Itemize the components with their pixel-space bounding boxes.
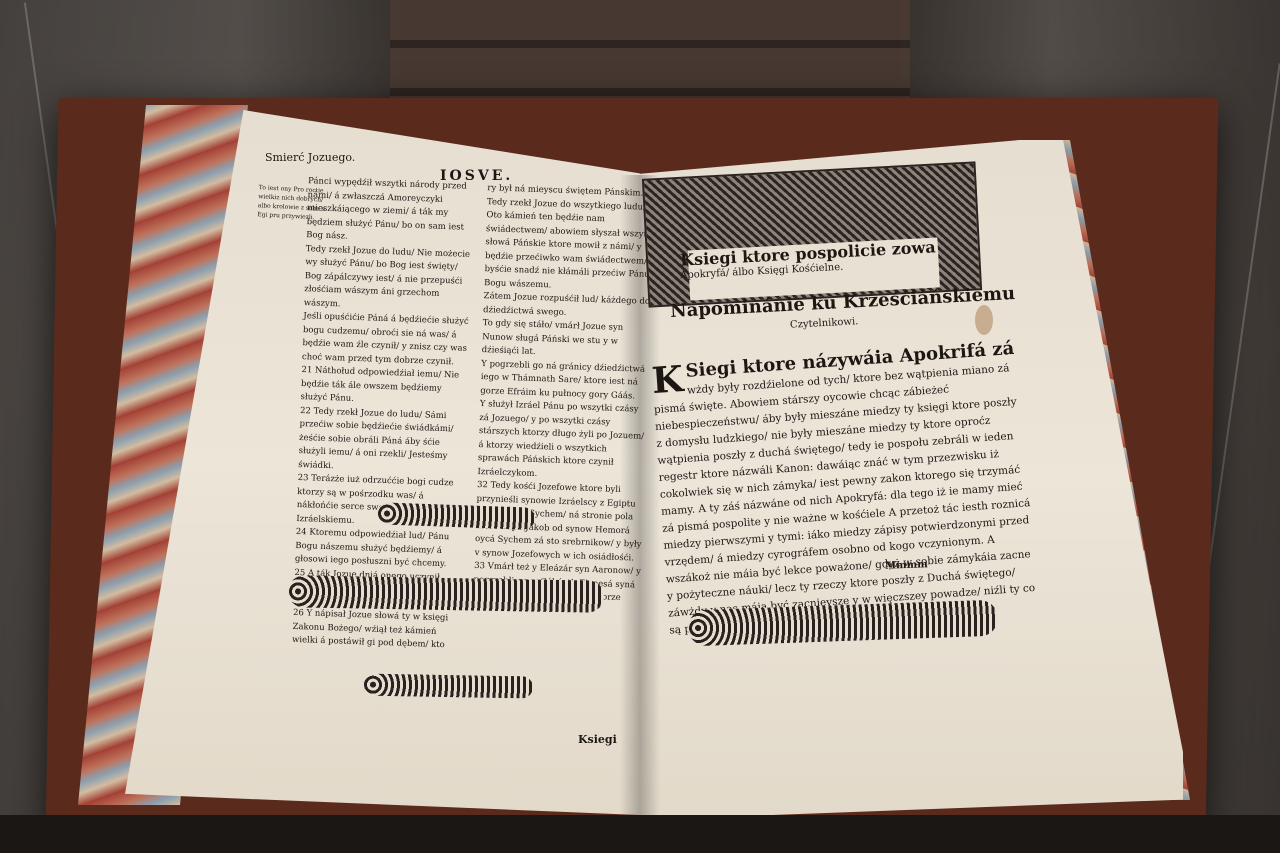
- text-column-b: ry był ná mieyscu świętem Pánskim. Tedy …: [473, 182, 658, 620]
- verse: 21 Náthołud odpowiedźiał iemu/ Nie będźi…: [300, 364, 471, 410]
- drop-cap: K: [651, 363, 684, 397]
- verse: 26 Y nápisał Jozue słowá ty w księgi Zak…: [292, 607, 463, 653]
- verse: 22 Tedy rzekł Jozue do ludu/ Sámi przeći…: [298, 405, 470, 478]
- verse: To gdy się stáło/ vmárł Jozue syn Nunow …: [481, 317, 652, 363]
- display-base: [0, 815, 1280, 853]
- ornament-icon: [363, 674, 533, 699]
- verse: Y służył Izráel Pánu po wszytki czásy zá…: [477, 398, 650, 485]
- verse: Y pogrzebli go ná gránicy dźiedźictwá ie…: [480, 358, 651, 404]
- verse: Pánci wypędźił wszytki národy przed námi…: [306, 175, 478, 248]
- body-text: K Siegi ktore názywáia Apokrifá zá wżdy …: [651, 339, 1039, 639]
- verse: Tedy rzekł Jozue do wszytkiego ludu/ Oto…: [484, 196, 657, 296]
- ornament-icon: [288, 575, 605, 613]
- verse: Tedy rzekł Jozue do ludu/ Nie możecie wy…: [304, 243, 476, 316]
- woodcut-border-icon: [642, 161, 982, 307]
- catchword: Ksiegi: [578, 733, 617, 746]
- running-head: Smierć Jozuego.: [265, 152, 355, 164]
- verse: Jeśli opuśćićie Páná á będźiećie służyć …: [302, 310, 474, 370]
- body-paragraph: wżdy były rozdźielone od tych/ ktore bez…: [654, 362, 1036, 636]
- signature-mark: Mmmm: [885, 559, 928, 571]
- paper-stain: [975, 305, 993, 335]
- verse: 24 Ktoremu odpowiedźiał lud/ Pánu Bogu n…: [295, 526, 466, 572]
